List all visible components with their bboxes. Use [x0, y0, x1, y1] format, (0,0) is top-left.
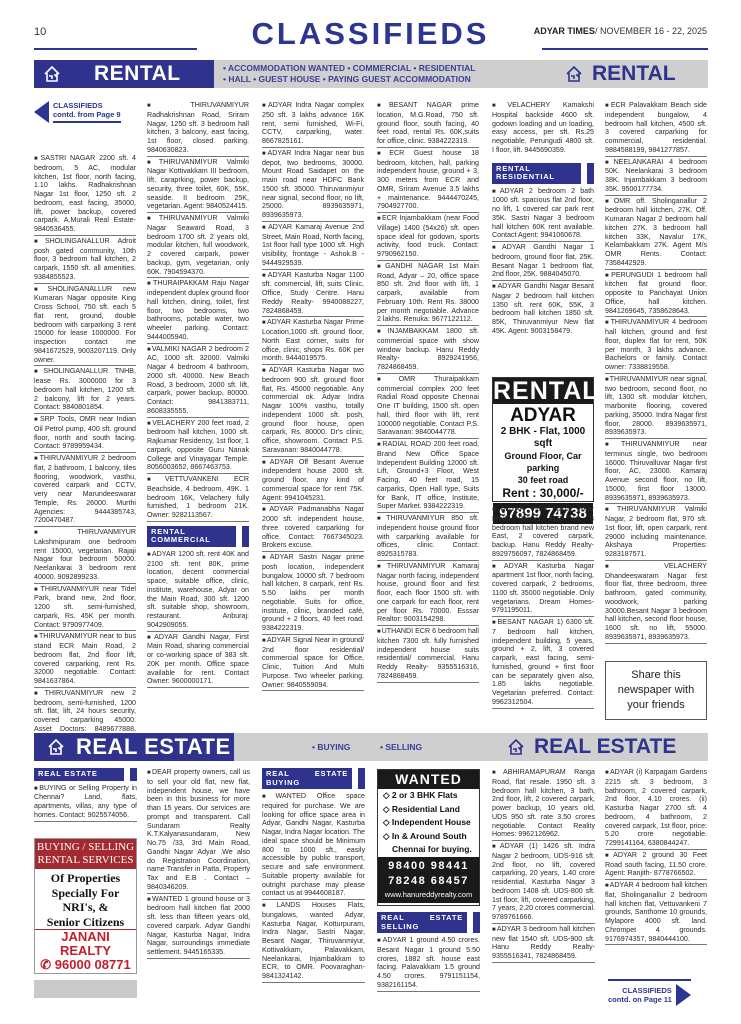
classified-ad: VETTUVANKENI ECR Beachside, 4 bedroom, 4…: [147, 475, 249, 522]
rental-column-5-lower: ADYAR Indra Nagar Near Hindu School 2150…: [492, 505, 594, 710]
wanted-title: WANTED: [378, 770, 479, 789]
wanted-display-ad: WANTED ◇ 2 or 3 BHK Flats ◇ Residential …: [377, 769, 480, 906]
header-rule-right: [542, 48, 708, 50]
real-estate-column-4: REAL ESTATE SELLING ADYAR 1 ground 4.50 …: [377, 912, 480, 993]
rental-column-5: VELACHERY Kamakshi Hospital backside 460…: [492, 101, 594, 338]
real-estate-buying-label: REAL ESTATE BUYING: [262, 768, 352, 789]
real-estate-category-buying: • BUYING: [312, 742, 350, 753]
classified-ad: THURAIPAKKAM Raju Nagar independent dupl…: [147, 279, 249, 343]
classified-ad: VELACHERY 200 feet road, 2 bedroom hall …: [147, 419, 249, 475]
share-newspaper-box: Share this newspaper with your friends: [605, 661, 707, 720]
classified-ad: ADYAR 3 bedroom hall kitchen new flat 15…: [492, 925, 595, 963]
classified-ad: SHOLINGANALLUR TNHB, lease Rs. 3000000 f…: [34, 367, 136, 414]
real-estate-band-right: REAL ESTATE: [506, 733, 676, 761]
classified-ad: LANDS Houses Flats, bungalows, wanted Ad…: [262, 901, 365, 983]
contd-on-line2: contd. on Page 11: [608, 995, 672, 1004]
rental-column-1: SASTRI NAGAR 2200 sft. 4 bedroom, 5 AC, …: [34, 154, 136, 745]
rental-column-2: THIRUVANMIYUR Radhakrishnan Road, Sriram…: [147, 101, 249, 689]
janani-line4: Specially For: [35, 886, 136, 901]
real-estate-tag: REAL ESTATE: [34, 768, 137, 781]
wanted-phone-1: 98400 98441: [378, 857, 479, 874]
classified-ad: THIRUVANMIYUR 850 sft. independent house…: [377, 514, 479, 561]
classified-ad: BUYING or Selling Property in Chennai? L…: [34, 784, 137, 822]
rental-ad-city: ADYAR: [493, 406, 593, 426]
rental-ad-rent: Rent : 30,000/-: [493, 486, 593, 501]
janani-realty-ad: BUYING / SELLING RENTAL SERVICES Of Prop…: [34, 838, 137, 974]
janani-line1: BUYING / SELLING: [35, 841, 136, 854]
classified-ad: NEELANKARAI 4 bedroom 50K. Neelankarai 3…: [605, 158, 707, 196]
real-estate-column-1: REAL ESTATE BUYING or Selling Property i…: [34, 768, 137, 823]
wanted-item: ◇ 2 or 3 BHK Flats: [378, 789, 479, 803]
right-arrow-icon: [676, 984, 691, 1006]
classified-ad: ADYAR (1) 1426 sft. Indra Nagar 2 bedroo…: [492, 842, 595, 924]
house-icon: [42, 64, 62, 84]
real-estate-column-6: ADYAR (i) Karpagam Gardens 2215 sft. 3 b…: [605, 768, 707, 946]
real-estate-selling-tag: REAL ESTATE SELLING: [377, 912, 480, 933]
classified-ad: GANDHI NAGAR 1st Main Road, Adyar – 20, …: [377, 262, 479, 326]
rental-ad-line3: 30 feet road: [493, 474, 593, 486]
wanted-website[interactable]: www.hanureddyrealty.com: [378, 889, 479, 903]
classified-ad: ADYAR Gandhi Nagar, First Main Road, sha…: [147, 633, 249, 689]
issue-date: / NOVEMBER 16 - 22, 2025: [595, 26, 707, 36]
classified-ad: ADYAR Padmanabha Nagar 2000 sft. indepen…: [262, 505, 364, 552]
rental-column-6: ECR Palavakkam Beach side independent bu…: [605, 101, 707, 645]
classified-ad: THIRUVANMIYUR Lakshmipuram one bedroom r…: [34, 528, 136, 584]
classified-ad: ADYAR 4 bedroom hall kitchen flat, Sholi…: [605, 881, 707, 945]
classified-ad: RADIAL ROAD 200 feet road, Brand New Off…: [377, 440, 479, 513]
classified-ad: VALMIKI NAGAR 2 bedroom 2 AC, 1000 sft. …: [147, 345, 249, 418]
classified-ad: ADYAR (i) Karpagam Gardens 2215 sft. 3 b…: [605, 768, 707, 850]
classified-ad: ADYAR Gandhi Nagar 1 bedroom, ground flo…: [492, 243, 594, 281]
classified-ad: ADYAR 1 ground 4.50 crores. Besant Nagar…: [377, 936, 480, 992]
real-estate-band-title-block: REAL ESTATE: [34, 733, 234, 761]
classified-ad: THIRUVANMIYUR 4 bedroom hall kitchen, gr…: [605, 318, 707, 374]
classified-ad: ADYAR Indra Nagar near bus depot, two be…: [262, 149, 364, 222]
janani-line2: RENTAL SERVICES: [35, 854, 136, 867]
classified-ad: SASTRI NAGAR 2200 sft. 4 bedroom, 5 AC, …: [34, 154, 136, 236]
rental-commercial-tag: RENTAL COMMERCIAL: [147, 526, 249, 547]
real-estate-category-selling: • SELLING: [380, 742, 422, 753]
rental-commercial-label: RENTAL COMMERCIAL: [147, 526, 236, 547]
classified-ad: THIRUVANMIYUR near to bus stand ECR Main…: [34, 632, 136, 688]
rental-band-right-label: RENTAL: [592, 62, 676, 86]
janani-line5: NRI's, &: [35, 900, 136, 915]
classified-ad: ADYAR Indra Nagar Near Hindu School 2150…: [492, 505, 594, 561]
classified-ad: OMR off. Sholinganallur 2 bedroom hall k…: [605, 197, 707, 270]
classified-ad: INJAMBAKKAM 1800 sft. commercial space w…: [377, 327, 479, 374]
janani-line3: Of Properties: [35, 869, 136, 886]
contd-on-line1: CLASSIFIEDS: [608, 986, 672, 995]
classified-ad: THIRUVANMIYUR Valmiki Nagar Kottivakkam …: [147, 158, 249, 214]
classified-ad: DEAR property owners, call us to sell yo…: [147, 768, 250, 894]
classified-ad: ADYAR Kasturba Nagar 1100 sft. commercia…: [262, 271, 364, 318]
classified-ad: PERUNGUDI 1 bedroom hall kitchen flat gr…: [605, 271, 707, 318]
real-estate-band-right-label: REAL ESTATE: [534, 735, 676, 759]
contd-from-line1: CLASSIFIEDS: [53, 101, 121, 110]
wanted-item: ◇ Residential Land: [378, 803, 479, 817]
classified-ad: ABHIRAMAPURAM Ranga Road, flat resale. 1…: [492, 768, 595, 841]
house-icon: [506, 737, 526, 757]
classified-ad: OMR Thuraipakkam commercial complex 200 …: [377, 375, 479, 439]
wanted-phone-2: 78248 68457: [378, 874, 479, 889]
classified-ad: ADYAR Kasturba Nagar two bedroom 900 sft…: [262, 366, 364, 457]
rental-display-ad: RENTAL ADYAR 2 BHK - Flat, 1000 sqft Gro…: [492, 377, 594, 502]
real-estate-section-band: REAL ESTATE • BUYING • SELLING REAL ESTA…: [34, 733, 708, 761]
classified-ad: THIRUVANMIYUR Kamaraj Nagar north facing…: [377, 562, 479, 626]
classified-ad: WANTED Office space required for purchas…: [262, 792, 365, 900]
paper-name: ADYAR TIMES: [534, 26, 595, 36]
classified-ad: ECR Palavakkam Beach side independent bu…: [605, 101, 707, 157]
classified-ad: ADYAR Kasturba Nagar apartment 1st floor…: [492, 562, 594, 618]
rental-column-3: ADYAR Indra Nagar complex 250 sft. 3 lak…: [262, 101, 364, 692]
classified-ad: BESANT NAGAR 1) 6300 sft. 7 bedroom hall…: [492, 618, 594, 709]
classified-ad: UTHANDI ECR 6 bedroom hall kitchen 7300 …: [377, 627, 479, 683]
rental-ad-title: RENTAL: [493, 378, 593, 404]
classified-ad: ECR Guest house 18 bedroom, kitchen, hal…: [377, 149, 479, 213]
classified-ad: ADYAR Kasturba Nagar Prime Location,1000…: [262, 318, 364, 365]
classified-ad: ADYAR Off Besant Avenue independent hous…: [262, 458, 364, 505]
classified-ad: ADYAR 2 bedroom 2 bath 1000 sft. spaciou…: [492, 187, 594, 243]
real-estate-column-3: REAL ESTATE BUYING WANTED Office space r…: [262, 768, 365, 984]
rental-residential-tag: RENTAL RESIDENTIAL: [492, 163, 594, 184]
classified-ad: SRP Tools, OMR near Indian Oil Petrol pu…: [34, 415, 136, 453]
classified-ad: THIRUVANMIYUR near Tidel Park, brand new…: [34, 585, 136, 632]
classified-ad: ADYAR 2 ground 30 Feet Road south facing…: [605, 851, 707, 880]
classified-ad: SHOLINGANALLUR Adroit posh gated communi…: [34, 237, 136, 284]
rental-categories-line2: • HALL • GUEST HOUSE • PAYING GUEST ACCO…: [223, 74, 475, 85]
rental-residential-label: RENTAL RESIDENTIAL: [492, 163, 581, 184]
grey-placeholder-bar: [34, 980, 137, 998]
classified-ad: THIRUVANMIYUR 2 bedroom flat, 2 bathroom…: [34, 454, 136, 527]
real-estate-band-label: REAL ESTATE: [76, 734, 231, 760]
real-estate-selling-label: REAL ESTATE SELLING: [377, 912, 467, 933]
rental-column-4: BESANT NAGAR prime location, M.G.Road, 7…: [377, 101, 479, 684]
classified-ad: VELACHERY Dhandeeswaram Nagar first floo…: [605, 562, 707, 644]
real-estate-column-5: ABHIRAMAPURAM Ranga Road, flat resale. 1…: [492, 768, 595, 964]
classified-ad: ADYAR Kamaraj Avenue 2nd Street, Main Ro…: [262, 223, 364, 270]
classified-ad: THIRUVANMIYUR Radhakrishnan Road, Sriram…: [147, 101, 249, 157]
house-icon: [46, 737, 66, 757]
classified-ad: THIRUVANMIYUR Valmiki Nagar Seaward Road…: [147, 214, 249, 278]
real-estate-tag-label: REAL ESTATE: [34, 768, 124, 781]
real-estate-column-2: DEAR property owners, call us to sell yo…: [147, 768, 250, 960]
rental-categories: • ACCOMMODATION WANTED • COMMERCIAL • RE…: [223, 63, 475, 85]
classified-ad: THIRUVANMIYUR near signal, two bedroom, …: [605, 375, 707, 439]
rental-ad-line2: Ground Floor, Car parking: [493, 450, 593, 474]
rental-band-title-block: RENTAL: [34, 60, 214, 88]
real-estate-buying-tag: REAL ESTATE BUYING: [262, 768, 365, 789]
rental-section-band: RENTAL • ACCOMMODATION WANTED • COMMERCI…: [34, 60, 708, 88]
classified-ad: ADYAR 1200 sft. rent 40K and 2100 sft. r…: [147, 550, 249, 632]
wanted-item: ◇ Independent House: [378, 816, 479, 830]
contd-from-page-9[interactable]: CLASSIFIEDS contd. from Page 9: [34, 101, 121, 123]
janani-line6: Senior Citizens: [35, 915, 136, 930]
classified-ad: ADYAR Gandhi Nagar Besant Nagar 2 bedroo…: [492, 282, 594, 337]
contd-on-page-11[interactable]: CLASSIFIEDS contd. on Page 11: [608, 979, 691, 1006]
rental-ad-line1: 2 BHK - Flat, 1000 sqft: [493, 426, 593, 450]
janani-brand: JANANI REALTY: [35, 930, 136, 958]
classified-ad: THIRUVANMIYUR near terminus single, two …: [605, 440, 707, 504]
house-icon: [564, 64, 584, 84]
classified-ad: ADYAR Signal Near in ground/ 2nd floor r…: [262, 636, 364, 692]
classified-ad: ECR Injambakkam (near Food Village) 1400…: [377, 214, 479, 261]
rental-band-label: RENTAL: [94, 62, 181, 86]
left-arrow-icon: [34, 101, 49, 123]
classified-ad: THIRUVANMIYUR Valmiki Nagar, 2 bedroom f…: [605, 505, 707, 561]
contd-from-line2: contd. from Page 9: [53, 110, 121, 119]
paper-dateline: ADYAR TIMES/ NOVEMBER 16 - 22, 2025: [534, 26, 707, 36]
rental-band-right: RENTAL: [564, 60, 676, 88]
classified-ad: ADYAR Indra Nagar complex 250 sft. 3 lak…: [262, 101, 364, 148]
wanted-item: ◇ In & Around South: [378, 830, 479, 844]
classified-ad: WANTED 1 ground house or 3 bedroom hall …: [147, 895, 250, 959]
classified-ad: SHOLINGANALLUR new Kumaran Nagar opposit…: [34, 285, 136, 367]
classified-ad: VELACHERY Kamakshi Hospital backside 460…: [492, 101, 594, 156]
classified-ad: BESANT NAGAR prime location, M.G.Road, 7…: [377, 101, 479, 148]
classified-ad: ADYAR Sastri Nagar prime posh location, …: [262, 553, 364, 635]
rental-categories-line1: • ACCOMMODATION WANTED • COMMERCIAL • RE…: [223, 63, 475, 74]
wanted-item: Chennai for buying.: [378, 843, 479, 857]
janani-phone: ✆ 96000 08771: [35, 958, 136, 972]
